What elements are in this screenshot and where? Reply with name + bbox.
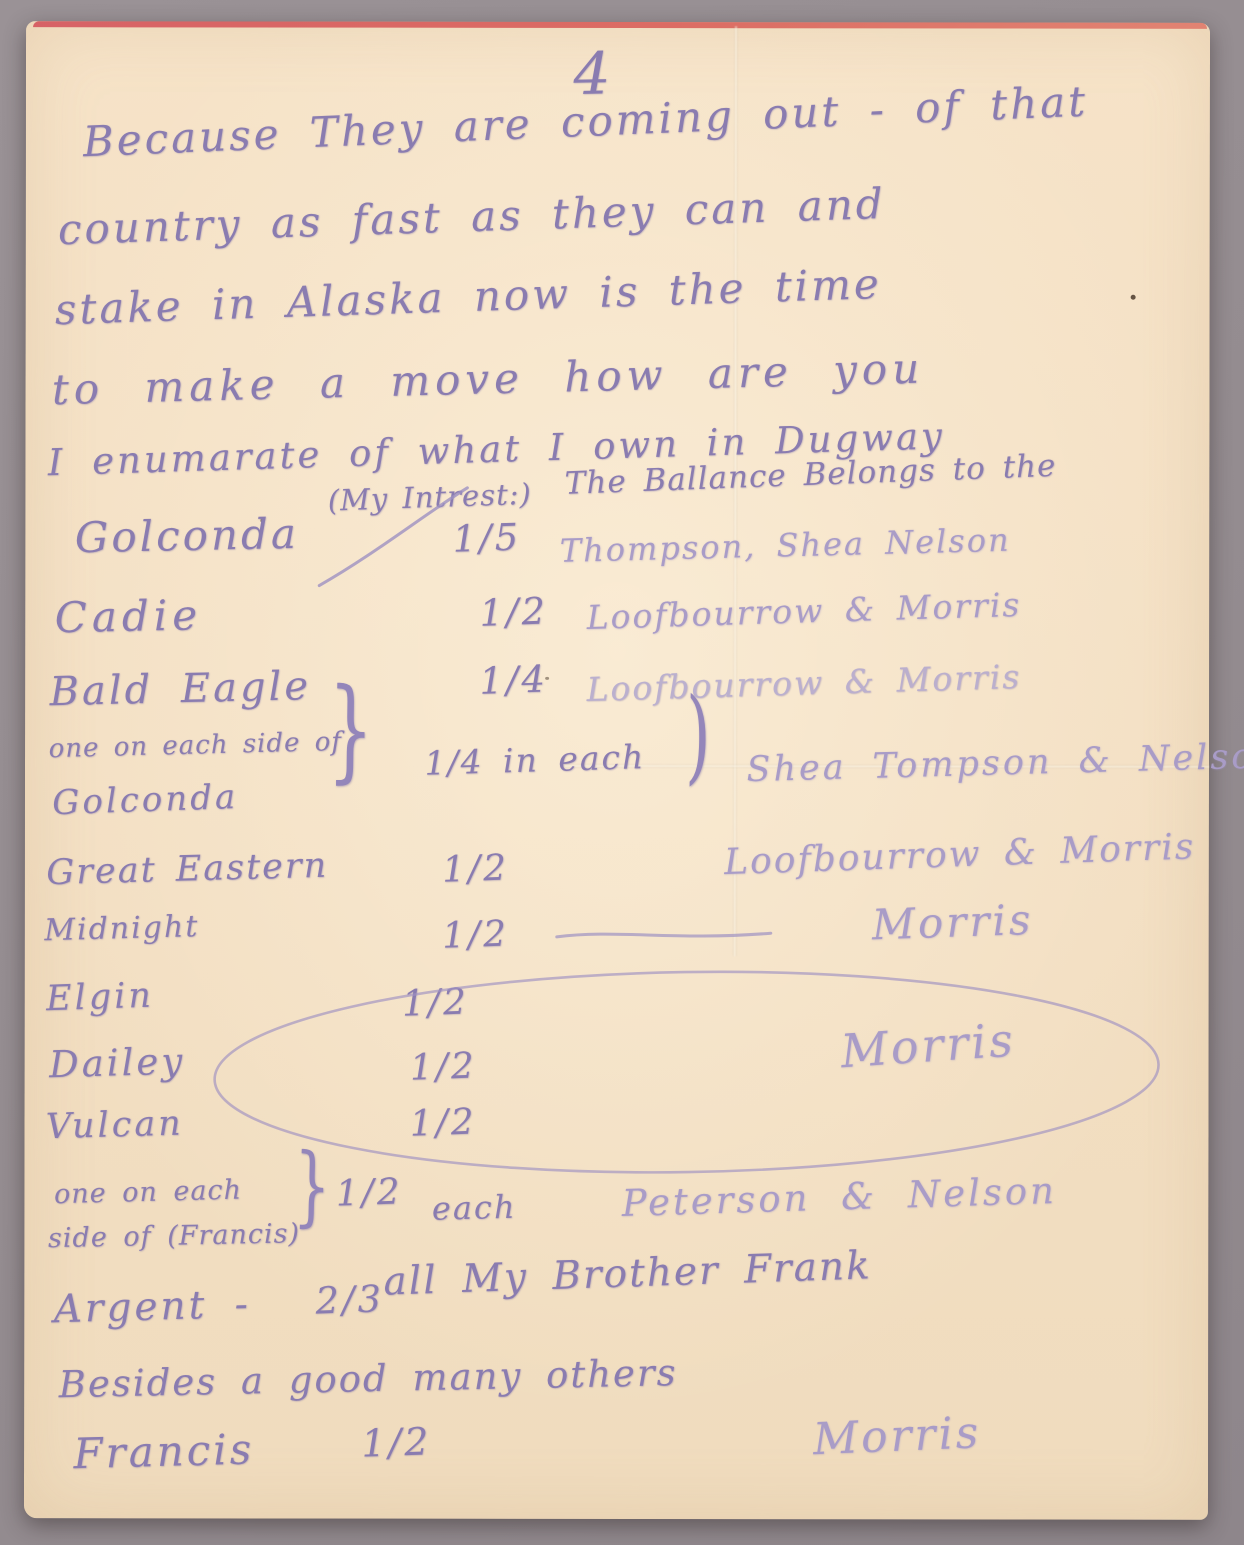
paragraph-line-3: stake in Alaska now is the time bbox=[54, 259, 882, 334]
group-interest: 1/4 in each bbox=[424, 737, 646, 783]
claim-interest: 1/2 bbox=[361, 1419, 433, 1465]
claim-name: Elgin bbox=[45, 976, 154, 1020]
claim-owner: Loofbourrow & Morris bbox=[723, 826, 1195, 883]
claim-interest: 1/2 bbox=[479, 590, 549, 635]
claim-name: Vulcan bbox=[45, 1104, 184, 1148]
claim-interest: 1/5 bbox=[452, 515, 522, 560]
claim-owner: Morris bbox=[871, 895, 1034, 949]
claim-owner: Thompson, Shea Nelson bbox=[559, 521, 1011, 570]
claim-interest: 1/2 bbox=[441, 914, 509, 957]
paper-red-top-edge bbox=[33, 21, 1207, 29]
circle-around-morris bbox=[206, 961, 1166, 1182]
claim-interest: 2/3 bbox=[315, 1277, 385, 1322]
group-label-line1: one on each side of bbox=[48, 727, 342, 764]
claim-name: Great Eastern bbox=[46, 846, 329, 893]
claim-owner: Loofbourrow & Morris bbox=[586, 585, 1022, 637]
group-owner: Shea Tompson & Nelson bbox=[746, 736, 1244, 790]
closing-note: Besides a good many others bbox=[58, 1351, 678, 1406]
claim-interest: 1/2 bbox=[441, 848, 509, 891]
group-brace: } bbox=[327, 663, 377, 795]
claim-owner: Loofbourrow & Morris bbox=[586, 657, 1022, 709]
group-brace-right: ) bbox=[685, 678, 714, 797]
paper-speck bbox=[1131, 295, 1136, 300]
group-label-line2: side of (Francis) bbox=[48, 1218, 301, 1254]
scanned-letter-photo: { "palette": { "mat_background": "#968e9… bbox=[0, 0, 1244, 1545]
claim-owner: Morris bbox=[812, 1407, 982, 1465]
group-label-line1: one on each bbox=[54, 1175, 243, 1211]
group-interest-suffix: each bbox=[431, 1188, 516, 1228]
claim-name: Cadie bbox=[54, 590, 202, 642]
letter-page: 4 Because They are coming out - of that … bbox=[24, 21, 1210, 1520]
claim-interest: 1/4 bbox=[479, 658, 549, 703]
paragraph-line-4: to make a move how are you bbox=[51, 344, 924, 415]
claim-name: Dailey bbox=[48, 1040, 185, 1087]
group-brace: } bbox=[292, 1134, 334, 1238]
paragraph-line-2: country as fast as they can and bbox=[57, 179, 886, 254]
claim-name: Golconda bbox=[74, 509, 299, 562]
ditto-dash bbox=[555, 927, 775, 943]
claim-owner: all My Brother Frank bbox=[383, 1243, 873, 1304]
claim-name: Francis bbox=[73, 1424, 255, 1478]
check-stroke bbox=[315, 484, 475, 594]
claim-name: Bald Eagle bbox=[49, 663, 311, 715]
group-label-line2: Golconda bbox=[52, 777, 239, 823]
claim-name: Argent - bbox=[53, 1282, 251, 1332]
claim-name: Midnight bbox=[44, 909, 200, 948]
group-interest: 1/2 bbox=[335, 1171, 403, 1214]
